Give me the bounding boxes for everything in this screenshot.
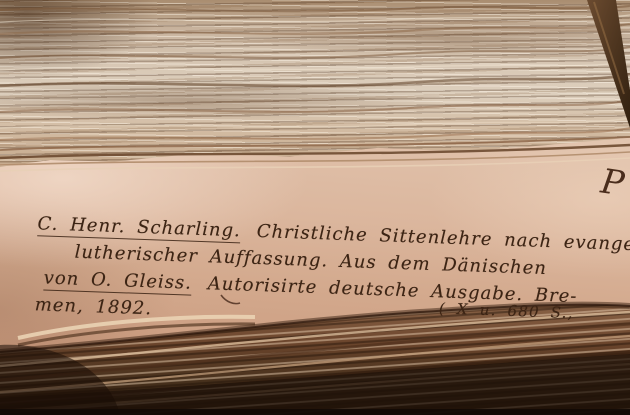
wood-bar xyxy=(587,0,630,128)
page-top-edge-lines xyxy=(0,137,630,171)
translator-name: von O. Gleiss. xyxy=(43,268,192,296)
spacer xyxy=(241,236,257,237)
top-stack-edges xyxy=(0,6,630,140)
place-year: men, 1892. xyxy=(34,294,152,319)
spacer xyxy=(192,289,208,290)
entry-line-4: men, 1892. xyxy=(34,294,152,319)
handwritten-entry: C. Henr. Scharling.Christliche Sittenleh… xyxy=(25,213,629,364)
pages-note: ( X u. 680 S., xyxy=(439,299,574,322)
pages-note-text: ( X u. 680 S., xyxy=(439,299,574,322)
manuscript-photo: C. Henr. Scharling.Christliche Sittenleh… xyxy=(0,0,630,415)
